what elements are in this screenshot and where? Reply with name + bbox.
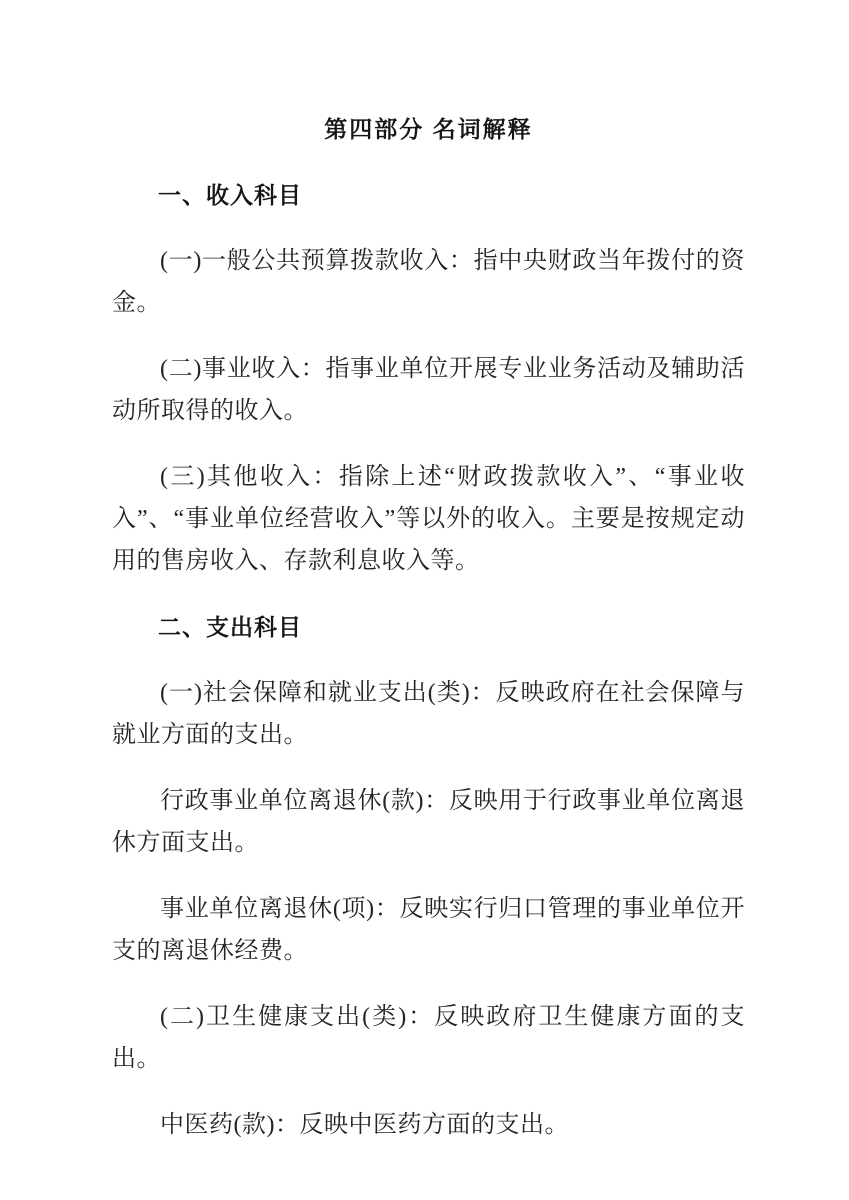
paragraph-expenditure-5: 中医药(款)：反映中医药方面的支出。 (112, 1104, 745, 1146)
section-expenditure: 二、支出科目 (一)社会保障和就业支出(类)：反映政府在社会保障与就业方面的支出… (112, 606, 745, 1146)
document-title: 第四部分 名词解释 (112, 108, 745, 150)
paragraph-expenditure-4: (二)卫生健康支出(类)：反映政府卫生健康方面的支出。 (112, 996, 745, 1080)
paragraph-expenditure-1: (一)社会保障和就业支出(类)：反映政府在社会保障与就业方面的支出。 (112, 672, 745, 756)
paragraph-income-2: (二)事业收入：指事业单位开展专业业务活动及辅助活动所取得的收入。 (112, 348, 745, 432)
section-heading-expenditure: 二、支出科目 (112, 606, 745, 648)
paragraph-expenditure-3: 事业单位离退休(项)：反映实行归口管理的事业单位开支的离退休经费。 (112, 888, 745, 972)
paragraph-expenditure-2: 行政事业单位离退休(款)：反映用于行政事业单位离退休方面支出。 (112, 780, 745, 864)
section-income: 一、收入科目 (一)一般公共预算拨款收入：指中央财政当年拨付的资金。 (二)事业… (112, 174, 745, 582)
document-page: 第四部分 名词解释 一、收入科目 (一)一般公共预算拨款收入：指中央财政当年拨付… (0, 0, 849, 1200)
paragraph-income-3: (三)其他收入：指除上述“财政拨款收入”、“事业收入”、“事业单位经营收入”等以… (112, 456, 745, 582)
paragraph-income-1: (一)一般公共预算拨款收入：指中央财政当年拨付的资金。 (112, 240, 745, 324)
section-heading-income: 一、收入科目 (112, 174, 745, 216)
